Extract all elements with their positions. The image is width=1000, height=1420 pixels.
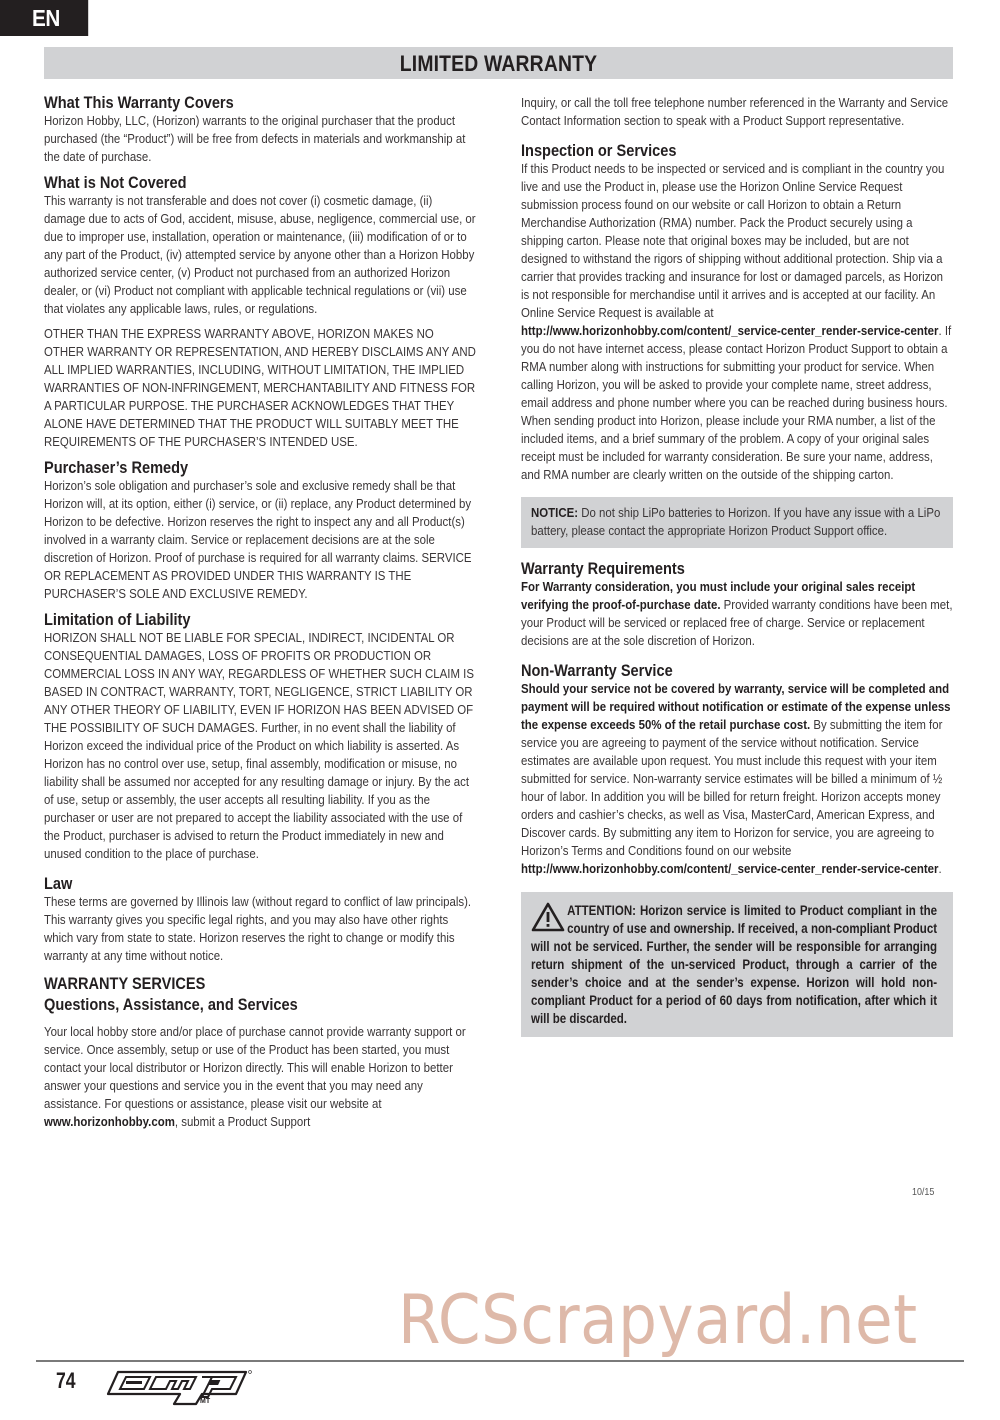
section-body: HORIZON SHALL NOT BE LIABLE FOR SPECIAL,… bbox=[44, 629, 476, 863]
section-body: If this Product needs to be inspected or… bbox=[521, 160, 953, 484]
body-text: Your local hobby store and/or place of p… bbox=[44, 1024, 466, 1111]
page-number: 74 bbox=[56, 1366, 76, 1396]
body-text: . If you do not have internet access, pl… bbox=[521, 323, 951, 482]
section-body: Horizon’s sole obligation and purchaser’… bbox=[44, 477, 476, 603]
section-heading: Inspection or Services bbox=[521, 142, 910, 160]
section-heading: Limitation of Liability bbox=[44, 611, 433, 629]
section-non-warranty-service: Non-Warranty Service Should your service… bbox=[521, 662, 953, 878]
section-body: These terms are governed by Illinois law… bbox=[44, 893, 476, 965]
section-heading: What is Not Covered bbox=[44, 174, 433, 192]
section-warranty-covers: What This Warranty Covers Horizon Hobby,… bbox=[44, 94, 476, 166]
section-body: Horizon Hobby, LLC, (Horizon) warrants t… bbox=[44, 112, 476, 166]
section-inspection: Inspection or Services If this Product n… bbox=[521, 142, 953, 484]
section-body: Inquiry, or call the toll free telephone… bbox=[521, 94, 953, 130]
right-column: Inquiry, or call the toll free telephone… bbox=[521, 94, 953, 1037]
section-body: Should your service not be covered by wa… bbox=[521, 680, 953, 878]
section-heading: Warranty Requirements bbox=[521, 560, 910, 578]
section-heading: Law bbox=[44, 875, 433, 893]
version-code: 10/15 bbox=[912, 1186, 934, 1198]
notice-box: NOTICE: Do not ship LiPo batteries to Ho… bbox=[521, 497, 953, 548]
watermark: RCScrapyard.net bbox=[398, 1281, 918, 1361]
section-services-continued: Inquiry, or call the toll free telephone… bbox=[521, 94, 953, 130]
section-not-covered: What is Not Covered This warranty is not… bbox=[44, 174, 476, 451]
section-heading: WARRANTY SERVICES bbox=[44, 975, 433, 993]
section-purchasers-remedy: Purchaser’s Remedy Horizon’s sole obliga… bbox=[44, 459, 476, 603]
body-text: . bbox=[938, 861, 941, 876]
body-text: By submitting the item for service you a… bbox=[521, 717, 942, 858]
amp-mt-logo: MT bbox=[104, 1368, 254, 1408]
section-body: This warranty is not transferable and do… bbox=[44, 192, 476, 318]
notice-text: NOTICE: Do not ship LiPo batteries to Ho… bbox=[531, 504, 944, 540]
section-warranty-services: WARRANTY SERVICES Questions, Assistance,… bbox=[44, 975, 476, 1131]
website-link[interactable]: www.horizonhobby.com bbox=[44, 1114, 175, 1129]
service-center-link[interactable]: http://www.horizonhobby.com/content/_ser… bbox=[521, 323, 938, 338]
page-title: LIMITED WARRANTY bbox=[99, 47, 899, 79]
disclaimer-text: OTHER THAN THE EXPRESS WARRANTY ABOVE, H… bbox=[44, 325, 476, 451]
section-heading: Purchaser’s Remedy bbox=[44, 459, 433, 477]
attention-box: ATTENTION: Horizon service is limited to… bbox=[521, 892, 953, 1037]
footer-divider bbox=[36, 1360, 964, 1362]
language-tab: EN bbox=[0, 0, 88, 36]
body-text: If this Product needs to be inspected or… bbox=[521, 161, 944, 320]
section-heading: Non-Warranty Service bbox=[521, 662, 910, 680]
notice-label: NOTICE: bbox=[531, 505, 578, 520]
terms-link[interactable]: http://www.horizonhobby.com/content/_ser… bbox=[521, 861, 938, 876]
section-warranty-requirements: Warranty Requirements For Warranty consi… bbox=[521, 560, 953, 650]
section-body: Your local hobby store and/or place of p… bbox=[44, 1023, 476, 1131]
language-label: EN bbox=[28, 0, 59, 36]
body-text: , submit a Product Support bbox=[175, 1114, 310, 1129]
title-banner: LIMITED WARRANTY bbox=[44, 47, 953, 79]
logo-sub: MT bbox=[200, 1398, 211, 1405]
section-subheading: Questions, Assistance, and Services bbox=[44, 996, 433, 1014]
section-law: Law These terms are governed by Illinois… bbox=[44, 875, 476, 965]
section-limitation-liability: Limitation of Liability HORIZON SHALL NO… bbox=[44, 611, 476, 863]
left-column: What This Warranty Covers Horizon Hobby,… bbox=[44, 94, 476, 1139]
notice-body: Do not ship LiPo batteries to Horizon. I… bbox=[531, 505, 940, 538]
section-heading: What This Warranty Covers bbox=[44, 94, 433, 112]
attention-text: ATTENTION: Horizon service is limited to… bbox=[531, 902, 937, 1028]
section-body: For Warranty consideration, you must inc… bbox=[521, 578, 953, 650]
